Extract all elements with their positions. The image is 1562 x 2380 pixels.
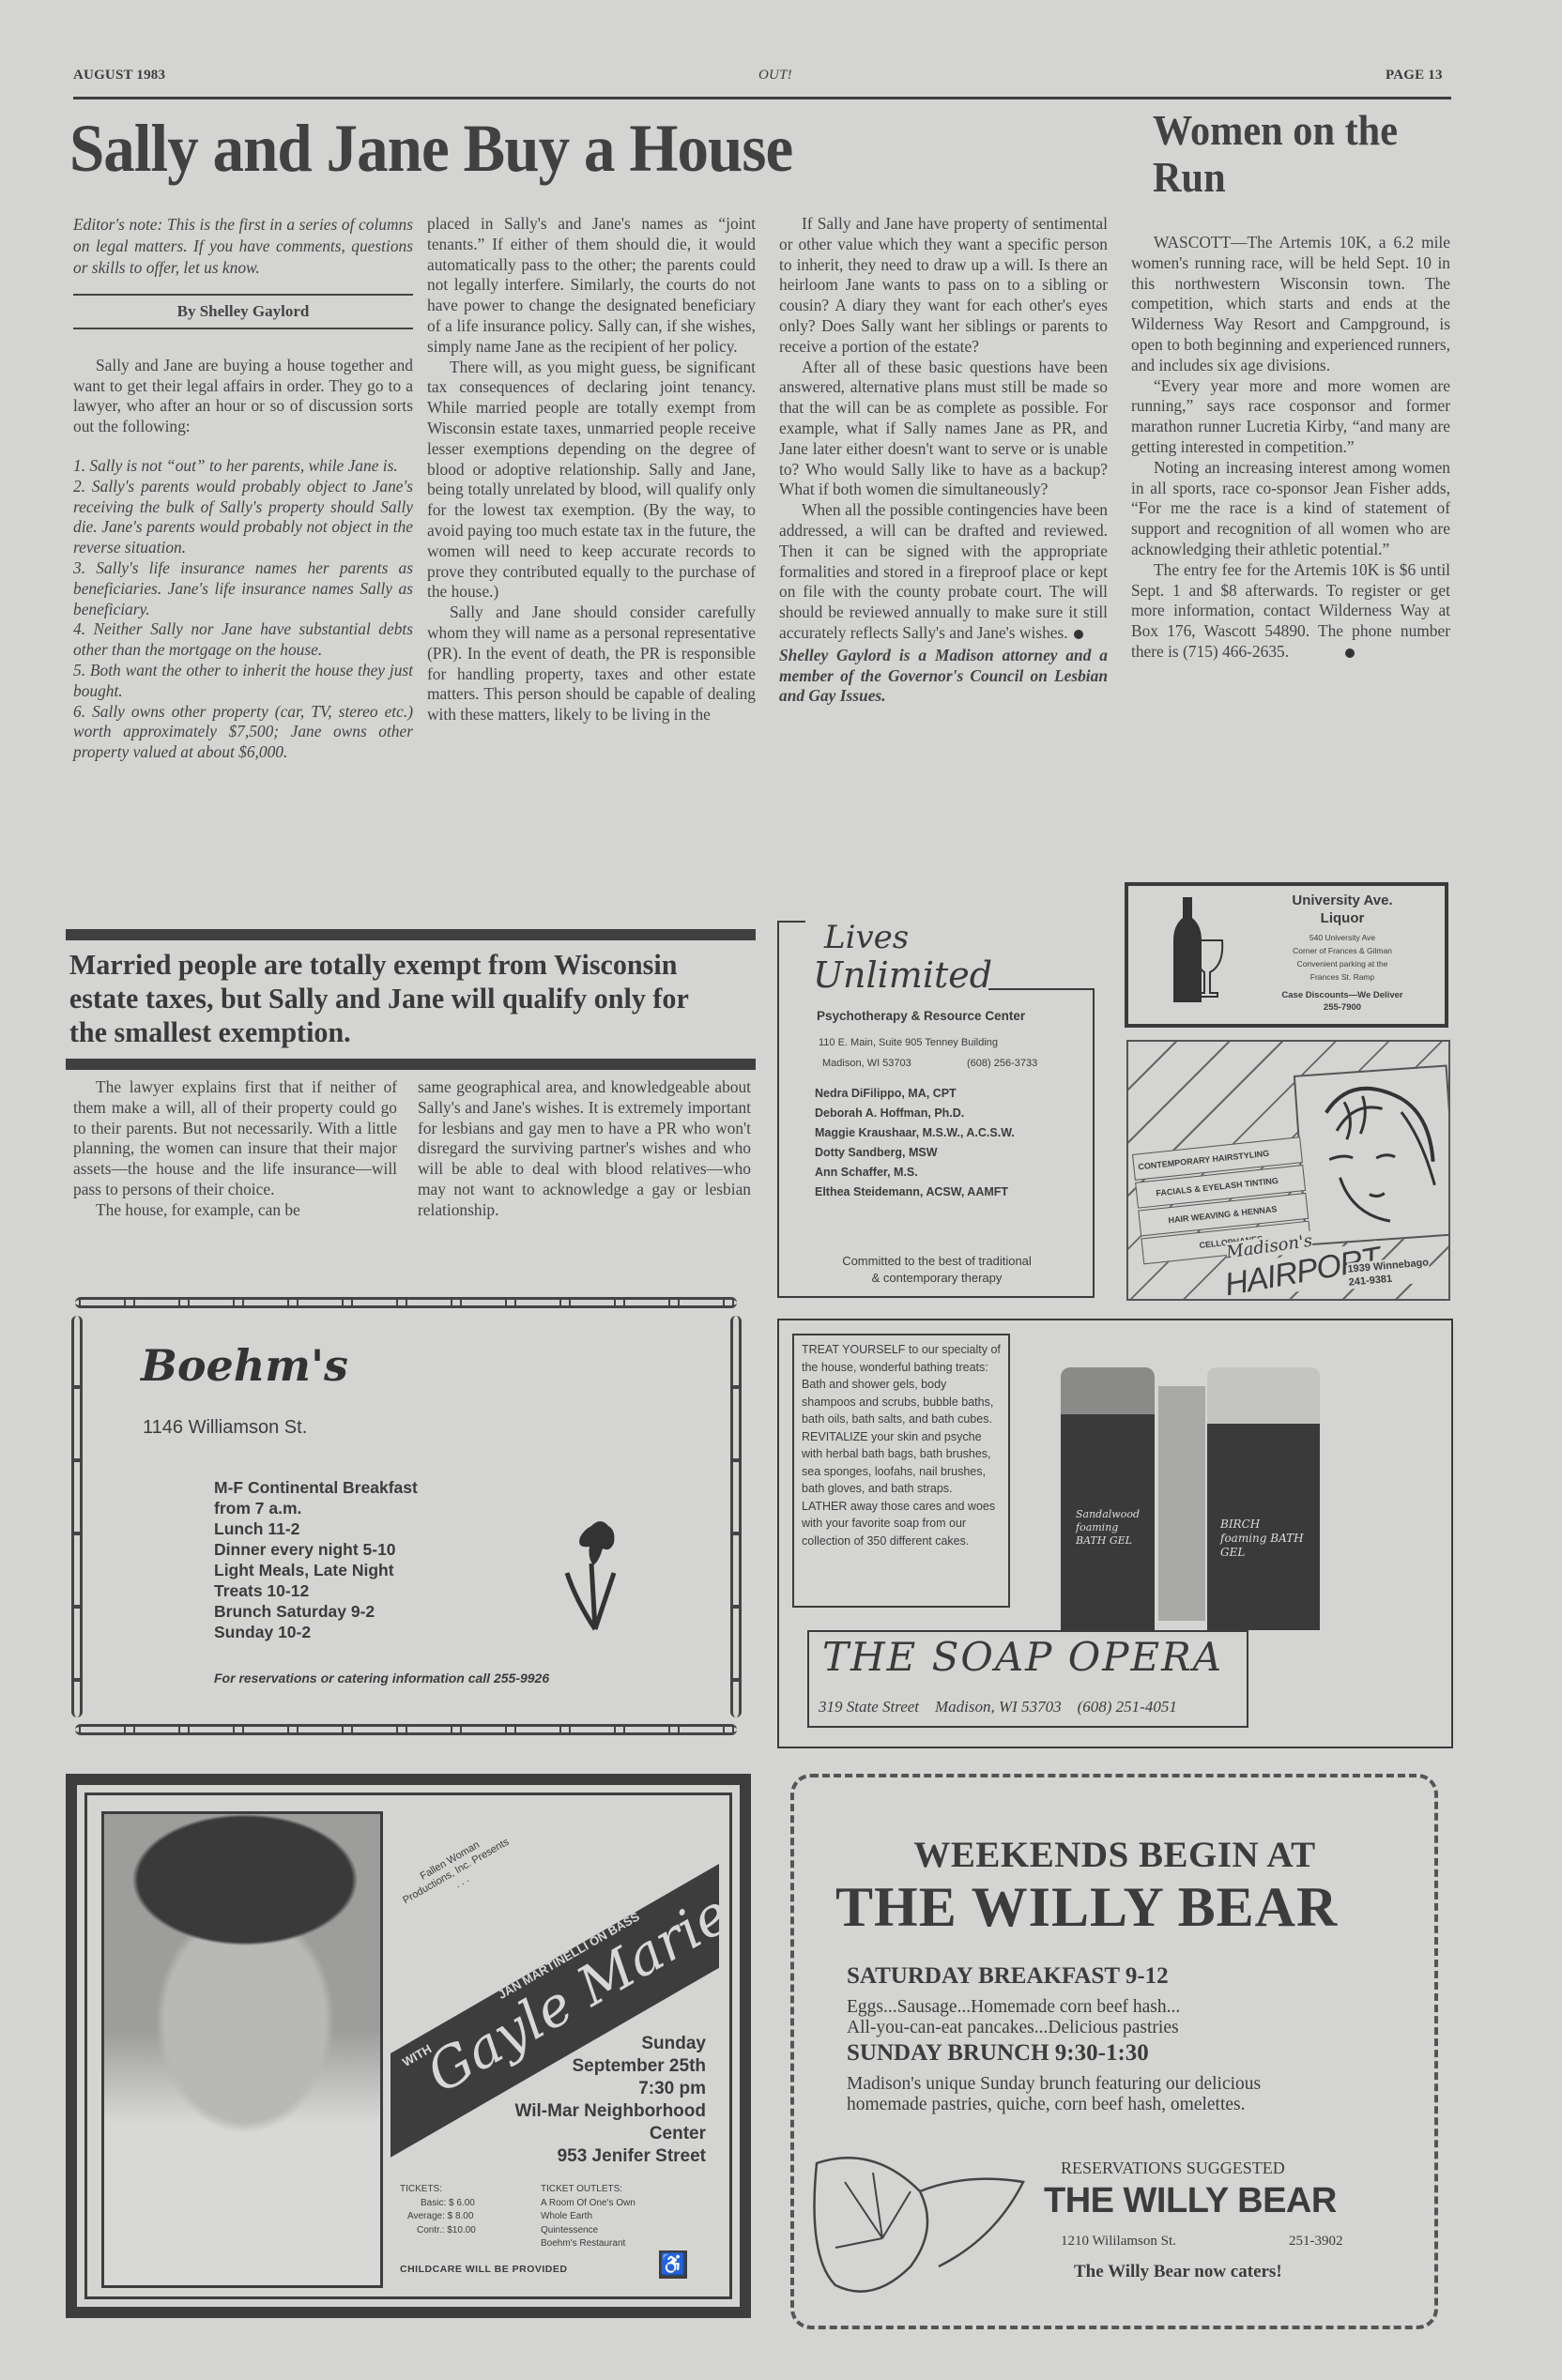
liquor-address-line: 540 University Ave <box>1239 931 1446 944</box>
menu-line: Eggs...Sausage...Homemade corn beef hash… <box>847 1997 1180 2018</box>
tickets-label: TICKETS: <box>400 2183 476 2197</box>
article-column-2: placed in Sally's and Jane's names as “j… <box>427 214 756 725</box>
liquor-name-line2: Liquor <box>1239 909 1446 927</box>
boehms-reservation-note: For reservations or catering information… <box>214 1671 549 1686</box>
iris-flower-icon <box>563 1517 629 1639</box>
willy-name: THE WILLY BEAR <box>1044 2181 1337 2221</box>
menu-line: Madison's unique Sunday brunch featuring… <box>847 2074 1261 2095</box>
article-intro: Sally and Jane are buying a house togeth… <box>73 356 413 437</box>
ad-the-soap-opera: TREAT YOURSELF to our specialty of the h… <box>777 1319 1453 1748</box>
liquor-address-line: Frances St. Ramp <box>1239 970 1446 984</box>
paragraph: Sally and Jane should consider carefully… <box>427 603 756 725</box>
sunday-heading: SUNDAY BRUNCH 9:30-1:30 <box>847 2040 1149 2067</box>
paragraph: The entry fee for the Artemis 10K is $6 … <box>1131 560 1450 661</box>
liquor-address: 540 University Ave Corner of Frances & G… <box>1239 931 1446 984</box>
list-item: 1. Sally is not “out” to her parents, wh… <box>73 456 413 477</box>
lives-phone: (608) 256-3733 <box>967 1058 1037 1069</box>
boehms-address: 1146 Williamson St. <box>143 1417 307 1439</box>
menu-line: homemade pastries, quiche, corn beef has… <box>847 2095 1261 2115</box>
pull-quote-text: Married people are totally exempt from W… <box>66 940 735 1059</box>
saturday-description: Eggs...Sausage...Homemade corn beef hash… <box>847 1997 1180 2038</box>
morning-glory-flower-icon <box>807 2135 1033 2323</box>
paragraph: If Sally and Jane have property of senti… <box>779 214 1108 358</box>
author-note: Shelley Gaylord is a Madison attorney an… <box>779 646 1108 707</box>
liquor-deal: Case Discounts—We Deliver 255-7900 <box>1239 989 1446 1014</box>
soap-city: Madison, WI 53703 <box>935 1698 1062 1716</box>
ad-university-ave-liquor: University Ave. Liquor 540 University Av… <box>1125 882 1448 1028</box>
article-lower-column-2: same geographical area, and knowledgeabl… <box>418 1077 751 1221</box>
reservations-note: RESERVATIONS SUGGESTED <box>1061 2159 1285 2178</box>
staff-member: Nedra DiFilippo, MA, CPT <box>815 1084 1015 1104</box>
performer-photo <box>101 1811 383 2288</box>
pull-quote-top-bar <box>66 929 756 940</box>
article-lower-column-1: The lawyer explains first that if neithe… <box>73 1077 397 1221</box>
article-column-1: Editor's note: This is the first in a se… <box>73 214 413 763</box>
menu-line: All-you-can-eat pancakes...Delicious pas… <box>847 2018 1180 2038</box>
article-column-3: If Sally and Jane have property of senti… <box>779 214 1108 707</box>
paragraph: There will, as you might guess, be signi… <box>427 358 756 603</box>
ad-border-top <box>777 921 805 923</box>
soap-blurb: TREAT YOURSELF to our specialty of the h… <box>792 1334 1010 1608</box>
soap-contact: 319 State Street Madison, WI 53703 (608)… <box>819 1698 1177 1716</box>
outlet-item: A Room Of One's Own <box>541 2197 636 2211</box>
paragraph: Noting an increasing interest among wome… <box>1131 458 1450 560</box>
end-mark-icon <box>1345 648 1355 658</box>
event-venue: Wil-Mar Neighborhood <box>514 2100 706 2123</box>
hours-line: Dinner every night 5-10 <box>214 1539 418 1560</box>
willy-catering: The Willy Bear now caters! <box>1074 2262 1282 2282</box>
ad-lives-unlimited: Lives Unlimited Psychotherapy & Resource… <box>777 915 1096 1300</box>
concert-info: Fallen Woman Productions, Inc. Presents … <box>390 1811 719 2288</box>
ad-border-right <box>1093 988 1095 1298</box>
paragraph: placed in Sally's and Jane's names as “j… <box>427 214 756 358</box>
list-item: 5. Both want the other to inherit the ho… <box>73 661 413 702</box>
list-item: 3. Sally's life insurance names her pare… <box>73 558 413 619</box>
paragraph: The house, for example, can be <box>73 1200 397 1221</box>
lives-tagline: Committed to the best of traditional & c… <box>777 1253 1096 1287</box>
bath-product-bottle <box>1158 1386 1205 1621</box>
hours-line: Sunday 10-2 <box>214 1622 418 1642</box>
hours-line: Treats 10-12 <box>214 1580 418 1601</box>
ad-boehms: Boehm's 1146 Williamson St. M-F Continen… <box>66 1286 746 1746</box>
paragraph: same geographical area, and knowledgeabl… <box>418 1077 751 1221</box>
staff-member: Elthea Steidemann, ACSW, AAMFT <box>815 1182 1015 1202</box>
lives-logo-line1: Lives <box>824 919 909 956</box>
side-article-body: WASCOTT—The Artemis 10K, a 6.2 mile wome… <box>1131 233 1450 663</box>
boehms-logo: Boehm's <box>141 1340 348 1391</box>
tagline-line: Committed to the best of traditional <box>777 1253 1096 1270</box>
ticket-prices: TICKETS: Basic: $ 6.00 Average: $ 8.00 C… <box>400 2183 476 2237</box>
ticket-outlets: TICKET OUTLETS: A Room Of One's Own Whol… <box>541 2183 636 2251</box>
ad-border-top-right <box>988 988 1095 990</box>
pull-quote-bottom-bar <box>66 1059 756 1070</box>
main-headline: Sally and Jane Buy a House <box>69 114 792 182</box>
liquor-name: University Ave. Liquor <box>1239 892 1446 927</box>
chain-border-bottom <box>75 1724 737 1735</box>
willy-headline-2: THE WILLY BEAR <box>835 1875 1338 1940</box>
saturday-heading: SATURDAY BREAKFAST 9-12 <box>847 1963 1169 1990</box>
event-day: Sunday <box>514 2033 706 2055</box>
soap-name: THE SOAP OPERA <box>822 1634 1223 1680</box>
end-mark-icon <box>1074 630 1083 639</box>
chain-border-top <box>75 1297 737 1308</box>
outlet-item: Quintessence <box>541 2224 636 2238</box>
boehms-hours: M-F Continental Breakfast from 7 a.m. Lu… <box>214 1477 418 1642</box>
issue-date: AUGUST 1983 <box>73 68 165 84</box>
paragraph: The lawyer explains first that if neithe… <box>73 1077 397 1200</box>
list-item: 2. Sally's parents would probably object… <box>73 477 413 558</box>
ticket-tier: Contr.: <box>417 2225 444 2235</box>
willy-phone: 251-3902 <box>1289 2234 1343 2250</box>
soap-address: 319 State Street <box>819 1698 919 1716</box>
outlet-item: Boehm's Restaurant <box>541 2237 636 2251</box>
hours-line: Light Meals, Late Night <box>214 1560 418 1580</box>
publication-name: OUT! <box>758 68 792 84</box>
ad-gayle-marie-concert: Fallen Woman Productions, Inc. Presents … <box>66 1774 751 2318</box>
ad-madisons-hairport: CONTEMPORARY HAIRSTYLING FACIALS & EYELA… <box>1126 1040 1450 1301</box>
list-item: 6. Sally owns other property (car, TV, s… <box>73 702 413 763</box>
fact-list: 1. Sally is not “out” to her parents, wh… <box>73 456 413 763</box>
soap-phone: (608) 251-4051 <box>1078 1698 1177 1716</box>
event-details: Sunday September 25th 7:30 pm Wil-Mar Ne… <box>514 2033 706 2168</box>
woman-portrait-icon <box>1295 1067 1450 1244</box>
outlet-item: Whole Earth <box>541 2210 636 2224</box>
ticket-tier: Basic: <box>421 2198 446 2208</box>
side-headline: Women on the Run <box>1153 107 1412 200</box>
bottle-label: Sandalwood foaming BATH GEL <box>1076 1508 1151 1548</box>
event-venue-2: Center <box>514 2123 706 2145</box>
event-address: 953 Jenifer Street <box>514 2145 706 2168</box>
paragraph: After all of these basic questions have … <box>779 358 1108 501</box>
lives-staff-list: Nedra DiFilippo, MA, CPT Deborah A. Hoff… <box>815 1084 1015 1202</box>
chain-border-right <box>730 1316 742 1717</box>
header-rule <box>73 97 1451 99</box>
ticket-tier: Average: <box>407 2211 445 2221</box>
ticket-price: $10.00 <box>447 2225 476 2235</box>
wheelchair-access-icon: ♿ <box>659 2250 687 2279</box>
paragraph: When all the possible contingencies have… <box>779 500 1108 642</box>
page-number: PAGE 13 <box>1386 68 1443 84</box>
liquor-phone: 255-7900 <box>1239 1001 1446 1014</box>
lives-address-2: Madison, WI 53703 <box>822 1058 911 1069</box>
chain-border-left <box>71 1316 83 1717</box>
outlets-label: TICKET OUTLETS: <box>541 2183 636 2197</box>
byline: By Shelley Gaylord <box>73 294 413 329</box>
willy-address: 1210 Wililamson St. <box>1061 2234 1176 2250</box>
paragraph: “Every year more and more women are runn… <box>1131 376 1450 458</box>
list-item: 4. Neither Sally nor Jane have substanti… <box>73 619 413 661</box>
hours-line: Brunch Saturday 9-2 <box>214 1601 418 1622</box>
sunday-description: Madison's unique Sunday brunch featuring… <box>847 2074 1261 2115</box>
pull-quote: Married people are totally exempt from W… <box>66 929 756 1070</box>
bath-gel-bottle-1: Sandalwood foaming BATH GEL <box>1061 1367 1155 1630</box>
bottle-label: BIRCH foaming BATH GEL <box>1220 1518 1305 1560</box>
ad-border-left <box>777 921 779 1296</box>
soap-nameplate: THE SOAP OPERA 319 State Street Madison,… <box>807 1630 1248 1728</box>
presenter-credit: Fallen Woman Productions, Inc. Presents … <box>394 1825 518 1918</box>
ticket-price: $ 8.00 <box>448 2211 474 2221</box>
staff-member: Maggie Kraushaar, M.S.W., A.C.S.W. <box>815 1123 1015 1143</box>
lives-logo-line2: Unlimited <box>813 954 992 996</box>
staff-member: Dotty Sandberg, MSW <box>815 1143 1015 1163</box>
bath-gel-bottle-2: BIRCH foaming BATH GEL <box>1207 1367 1320 1630</box>
ad-border-bottom <box>777 1296 1095 1298</box>
liquor-deal-text: Case Discounts—We Deliver <box>1239 989 1446 1001</box>
event-date: September 25th <box>514 2055 706 2078</box>
liquor-address-line: Corner of Frances & Gilman <box>1239 944 1446 957</box>
paragraph: WASCOTT—The Artemis 10K, a 6.2 mile wome… <box>1131 233 1450 376</box>
staff-member: Deborah A. Hoffman, Ph.D. <box>815 1104 1015 1123</box>
hairport-portrait-card <box>1294 1065 1450 1246</box>
lives-address-1: 110 E. Main, Suite 905 Tenney Building <box>819 1037 998 1048</box>
hours-line: M-F Continental Breakfast <box>214 1477 418 1498</box>
lives-subtitle: Psychotherapy & Resource Center <box>817 1009 1025 1023</box>
willy-headline-1: WEEKENDS BEGIN AT <box>779 1834 1450 1876</box>
event-time: 7:30 pm <box>514 2078 706 2100</box>
hours-line: from 7 a.m. <box>214 1498 418 1518</box>
liquor-address-line: Convenient parking at the <box>1239 957 1446 970</box>
tagline-line: & contemporary therapy <box>777 1270 1096 1287</box>
editors-note: Editor's note: This is the first in a se… <box>73 214 413 279</box>
ad-the-willy-bear: WEEKENDS BEGIN AT THE WILLY BEAR SATURDA… <box>779 1764 1450 2339</box>
hours-line: Lunch 11-2 <box>214 1518 418 1539</box>
wine-bottle-glass-icon <box>1173 895 1230 1008</box>
staff-member: Ann Schaffer, M.S. <box>815 1163 1015 1182</box>
liquor-name-line1: University Ave. <box>1239 892 1446 909</box>
childcare-note: CHILDCARE WILL BE PROVIDED <box>400 2264 567 2275</box>
ticket-price: $ 6.00 <box>449 2198 475 2208</box>
